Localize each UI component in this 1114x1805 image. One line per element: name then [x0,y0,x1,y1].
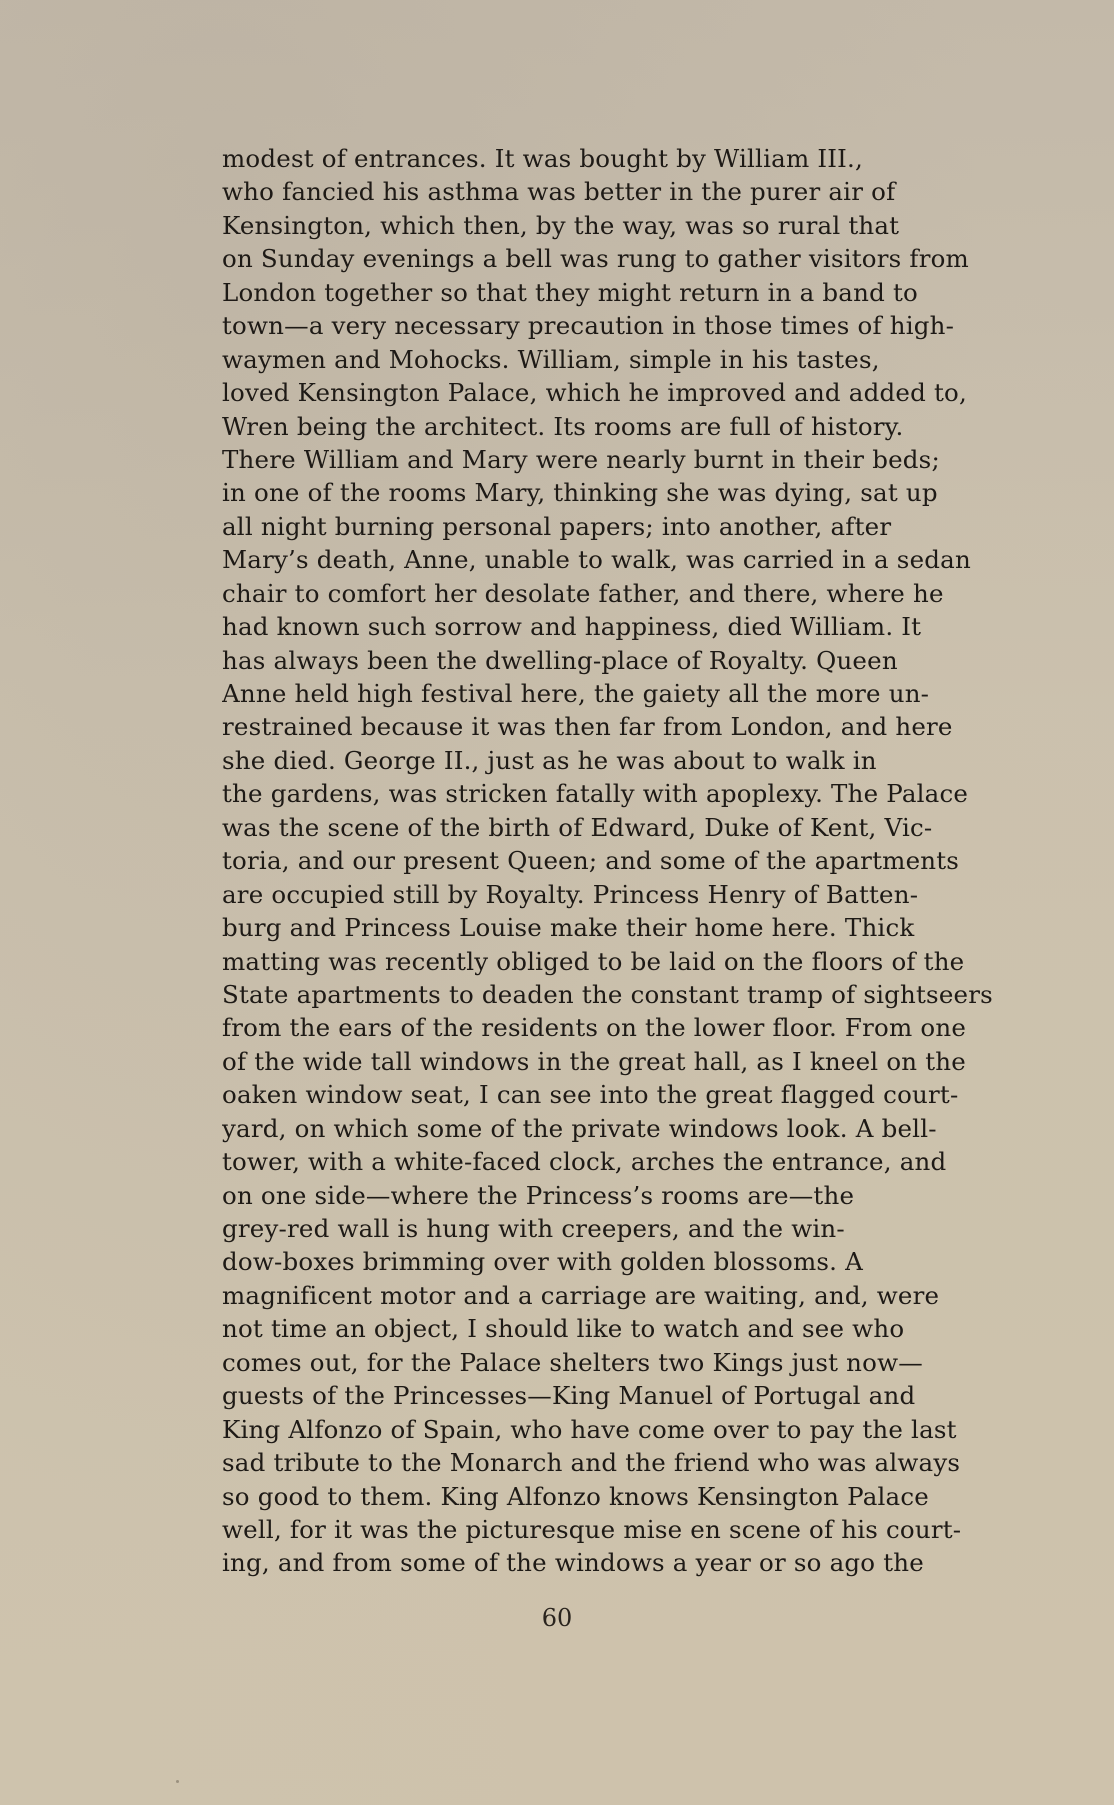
text-line: Wren being the architect. Its rooms are … [222,410,1058,443]
text-line: Kensington, which then, by the way, was … [222,209,1058,242]
text-line: of the wide tall windows in the great ha… [222,1045,1058,1078]
text-line: loved Kensington Palace, which he improv… [222,376,1058,409]
text-line: Anne held high festival here, the gaiety… [222,677,1058,710]
text-line: State apartments to deaden the constant … [222,978,1058,1011]
text-line: Mary’s death, Anne, unable to walk, was … [222,543,1058,576]
text-line: not time an object, I should like to wat… [222,1312,1058,1345]
text-line: King Alfonzo of Spain, who have come ove… [222,1413,1058,1446]
text-line: town—a very necessary precaution in thos… [222,309,1058,342]
text-line: had known such sorrow and happiness, die… [222,610,1058,643]
text-line: who fancied his asthma was better in the… [222,175,1058,208]
text-line: waymen and Mohocks. William, simple in h… [222,343,1058,376]
text-line: comes out, for the Palace shelters two K… [222,1346,1058,1379]
text-line: was the scene of the birth of Edward, Du… [222,811,1058,844]
text-line: toria, and our present Queen; and some o… [222,844,1058,877]
text-line: matting was recently obliged to be laid … [222,945,1058,978]
text-line: ing, and from some of the windows a year… [222,1546,1058,1579]
text-line: guests of the Princesses—King Manuel of … [222,1379,1058,1412]
text-line: dow-boxes brimming over with golden blos… [222,1245,1058,1278]
text-line: burg and Princess Louise make their home… [222,911,1058,944]
text-line: yard, on which some of the private windo… [222,1112,1058,1145]
text-line: There William and Mary were nearly burnt… [222,443,1058,476]
text-line: in one of the rooms Mary, thinking she w… [222,476,1058,509]
text-line: the gardens, was stricken fatally with a… [222,777,1058,810]
text-line: tower, with a white-faced clock, arches … [222,1145,1058,1178]
text-line: oaken window seat, I can see into the gr… [222,1078,1058,1111]
page-number: 60 [0,1604,1114,1632]
text-line: from the ears of the residents on the lo… [222,1011,1058,1044]
text-line: grey-red wall is hung with creepers, and… [222,1212,1058,1245]
text-line: has always been the dwelling-place of Ro… [222,644,1058,677]
text-line: all night burning personal papers; into … [222,510,1058,543]
body-text: modest of entrances. It was bought by Wi… [222,142,1058,1580]
text-line: restrained because it was then far from … [222,710,1058,743]
text-line: she died. George II., just as he was abo… [222,744,1058,777]
text-line: on Sunday evenings a bell was rung to ga… [222,242,1058,275]
book-page: modest of entrances. It was bought by Wi… [0,0,1114,1805]
text-line: so good to them. King Alfonzo knows Kens… [222,1480,1058,1513]
text-line: are occupied still by Royalty. Princess … [222,878,1058,911]
paper-speck [176,1780,179,1783]
text-line: sad tribute to the Monarch and the frien… [222,1446,1058,1479]
text-line: London together so that they might retur… [222,276,1058,309]
text-line: chair to comfort her desolate father, an… [222,577,1058,610]
text-line: modest of entrances. It was bought by Wi… [222,142,1058,175]
text-line: on one side—where the Princess’s rooms a… [222,1179,1058,1212]
text-line: magnificent motor and a carriage are wai… [222,1279,1058,1312]
text-line: well, for it was the picturesque mise en… [222,1513,1058,1546]
